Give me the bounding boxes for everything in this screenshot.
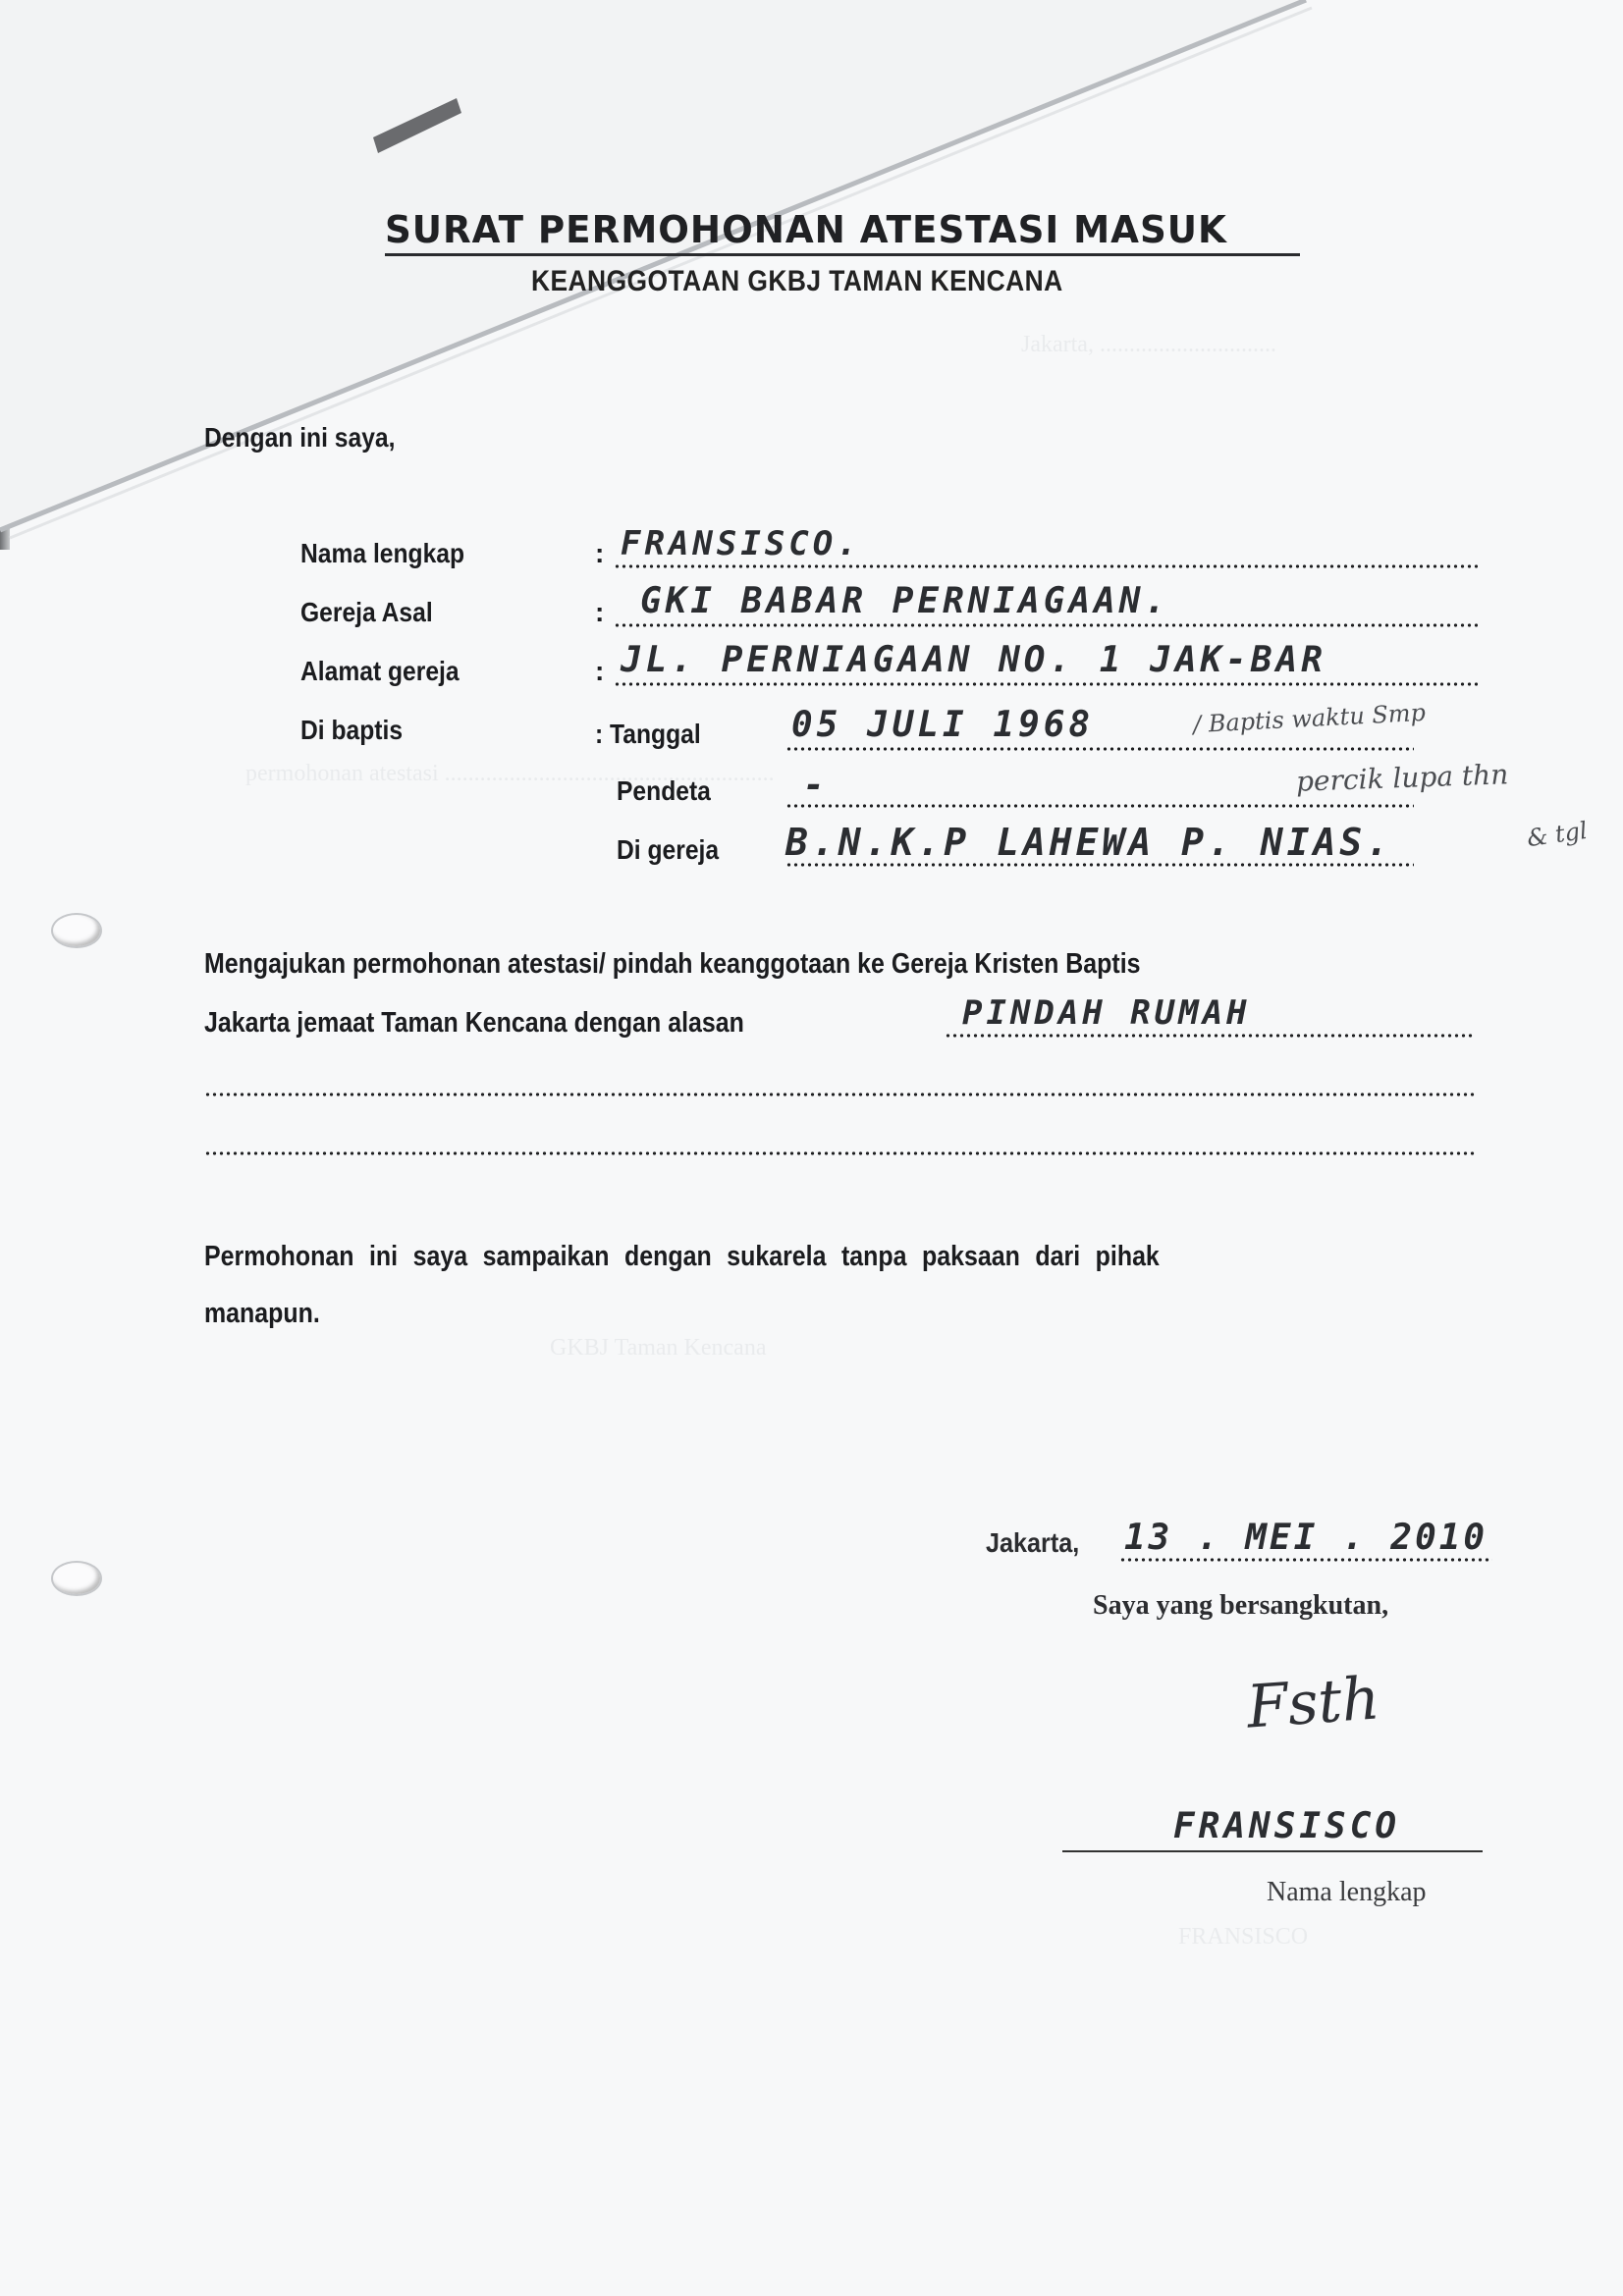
document-title: SURAT PERMOHONAN ATESTASI MASUK: [385, 208, 1227, 251]
label-nama-lengkap: Nama lengkap: [300, 538, 464, 569]
field-di-gereja[interactable]: B.N.K.P LAHEWA P. NIAS.: [785, 821, 1392, 864]
punch-hole: [51, 1561, 102, 1596]
signature: Fsth: [1245, 1664, 1382, 1741]
name-caption: Nama lengkap: [1267, 1877, 1427, 1908]
signature-line: [1062, 1850, 1483, 1852]
fill-line: [614, 681, 1478, 687]
colon: :: [595, 656, 604, 687]
fill-line: [945, 1033, 1475, 1039]
bleed-through-text: permohonan atestasi ....................…: [245, 761, 1424, 787]
declaration-line-1: Permohonan ini saya sampaikan dengan suk…: [204, 1241, 1160, 1273]
field-alasan[interactable]: PINDAH RUMAH: [962, 993, 1251, 1033]
fill-line: [785, 803, 1414, 809]
label-di-baptis: Di baptis: [300, 715, 403, 746]
field-tanggal-baptis[interactable]: 05 JULI 1968: [791, 705, 1094, 745]
label-alamat-gereja: Alamat gereja: [300, 656, 460, 687]
request-line-1: Mengajukan permohonan atestasi/ pindah k…: [204, 948, 1141, 981]
field-gereja-asal[interactable]: GKI BABAR PERNIAGAAN.: [640, 581, 1169, 621]
field-pendeta[interactable]: -: [803, 766, 829, 806]
intro-text: Dengan ini saya,: [204, 422, 395, 454]
page-edge: [0, 0, 10, 550]
punch-hole: [51, 913, 102, 948]
signatory-label: Saya yang bersangkutan,: [1093, 1590, 1388, 1622]
field-alamat-gereja[interactable]: JL. PERNIAGAAN NO. 1 JAK-BAR: [621, 640, 1326, 680]
fill-line-extra[interactable]: [204, 1150, 1477, 1156]
label-di-gereja: Di gereja: [617, 834, 719, 866]
fill-line: [614, 622, 1478, 628]
bleed-through-text: GKBJ Taman Kencana: [550, 1335, 766, 1362]
label-tanggal: : Tanggal: [595, 719, 701, 750]
field-nama-lengkap[interactable]: FRANSISCO.: [621, 524, 861, 563]
handwritten-note-line-2: percik lupa thn: [1295, 758, 1508, 798]
document-subtitle: KEANGGOTAAN GKBJ TAMAN KENCANA: [531, 265, 1063, 298]
handwritten-note-line-1: / Baptis waktu Smp: [1192, 699, 1426, 738]
field-date[interactable]: 13 . MEI . 2010: [1124, 1518, 1488, 1558]
fill-line: [614, 563, 1478, 569]
bleed-through-text: FRANSISCO: [1178, 1924, 1308, 1950]
request-line-2: Jakarta jemaat Taman Kencana dengan alas…: [204, 1007, 744, 1040]
fill-line-extra[interactable]: [204, 1092, 1477, 1097]
place-label: Jakarta,: [986, 1527, 1079, 1559]
colon: :: [595, 538, 604, 569]
bleed-through-text: Jakarta, ..............................: [1021, 332, 1276, 358]
handwritten-note-line-3: & tgl: [1525, 817, 1589, 852]
fill-line: [785, 746, 1414, 752]
label-pendeta: Pendeta: [617, 775, 711, 807]
title-underline: [385, 253, 1300, 256]
printed-name[interactable]: FRANSISCO: [1173, 1806, 1400, 1846]
colon: :: [595, 597, 604, 628]
declaration-line-2: manapun.: [204, 1298, 320, 1330]
label-gereja-asal: Gereja Asal: [300, 597, 433, 628]
folded-corner: [0, 0, 1623, 2296]
